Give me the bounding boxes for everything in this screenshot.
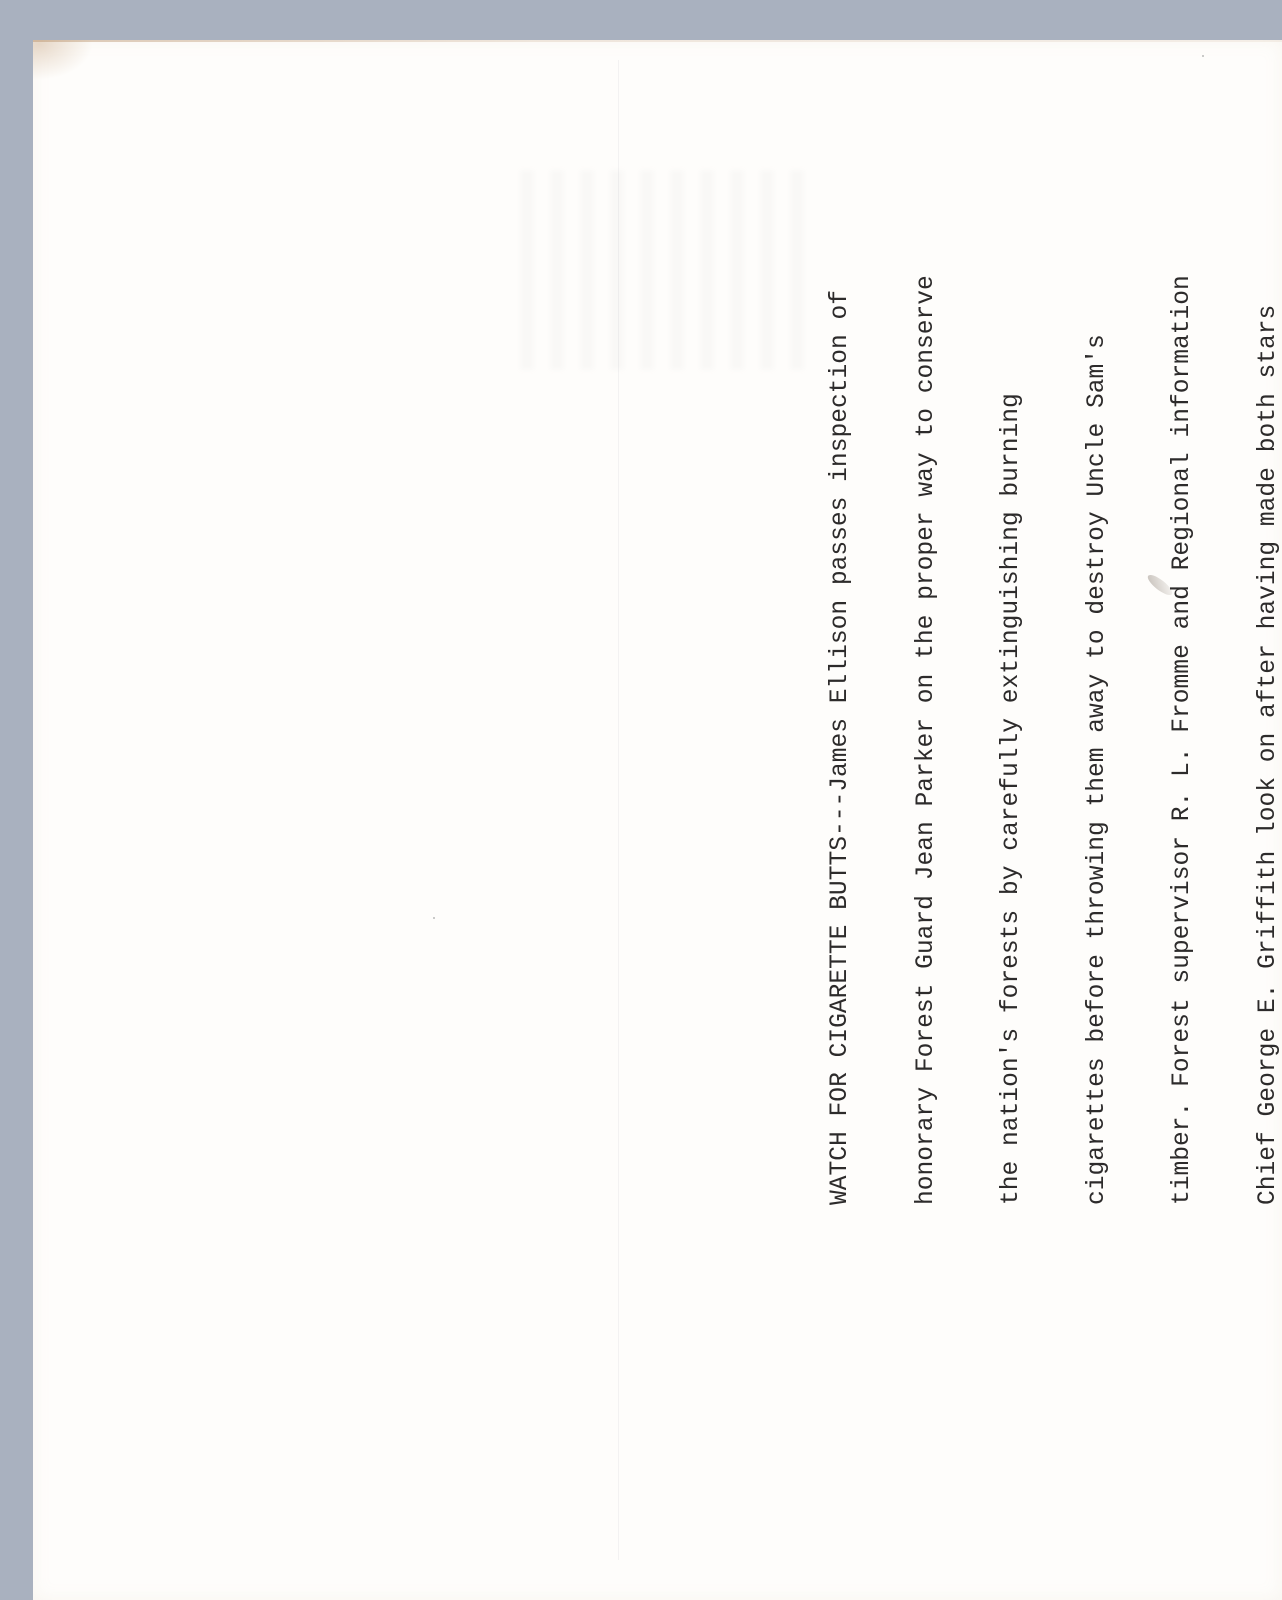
- caption-line: Chief George E. Griffith look on after h…: [1255, 185, 1282, 1205]
- typewritten-caption: WATCH FOR CIGARETTE BUTTS---James Elliso…: [770, 185, 1282, 1205]
- caption-line: honorary Forest Guard Jean Parker on the…: [913, 185, 942, 1205]
- caption-line: timber. Forest supervisor R. L. Fromme a…: [1169, 185, 1198, 1205]
- caption-line: cigarettes before throwing them away to …: [1084, 185, 1113, 1205]
- paper-edge: [33, 40, 1282, 42]
- caption-line: the nation's forests by carefully exting…: [998, 185, 1027, 1205]
- caption-block: WATCH FOR CIGARETTE BUTTS---James Elliso…: [770, 185, 1055, 1205]
- dust-speck: [1202, 55, 1204, 57]
- age-stain: [33, 40, 93, 80]
- caption-line: WATCH FOR CIGARETTE BUTTS---James Elliso…: [827, 185, 856, 1205]
- dust-speck: [433, 917, 435, 919]
